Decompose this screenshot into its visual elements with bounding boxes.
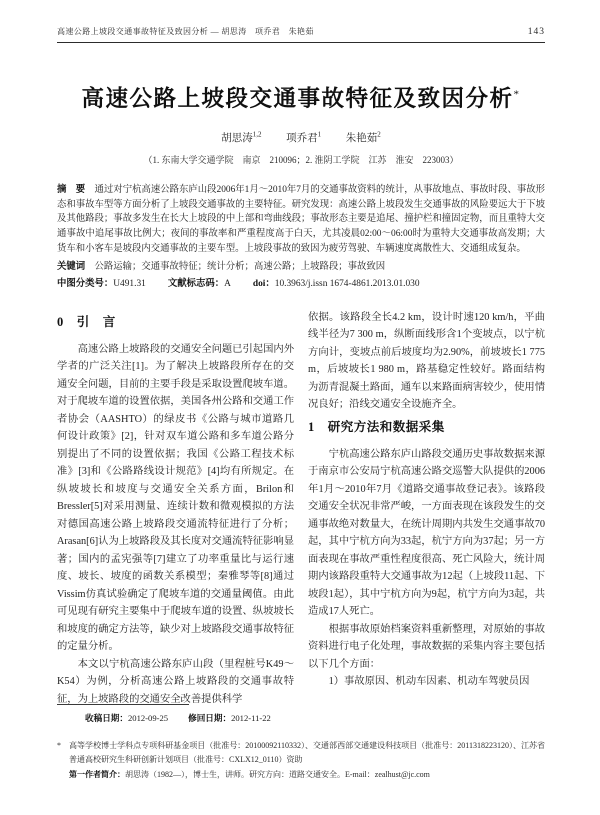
running-title: 高速公路上坡段交通事故特征及致因分析 — 胡思涛 项乔君 朱艳茹 — [57, 26, 314, 37]
body-paragraph: 本文以宁杭高速公路东庐山段（里程桩号K49～K54）为例，分析高速公路上坡路段的… — [57, 656, 294, 709]
doi-value: 10.3963/j.issn 1674-4861.2013.01.030 — [275, 279, 420, 289]
section-heading-0: 0 引 言 — [57, 312, 294, 332]
revised-date-value: 2012-11-22 — [231, 713, 271, 723]
classification-line: 中图分类号：U491.31文献标志码：Adoi：10.3963/j.issn 1… — [57, 277, 545, 292]
first-author-bio: 第一作者简介：胡思涛（1982—），博士生，讲师。研究方向：道路交通安全。E-m… — [69, 768, 545, 782]
received-date-value: 2012-09-25 — [128, 713, 168, 723]
right-column: 依据。该路段全长4.2 km，设计时速120 km/h，平曲线半径为7 300 … — [308, 309, 545, 733]
keywords-label: 关键词 — [57, 262, 85, 272]
author-affil-sup: 1 — [318, 131, 322, 139]
abstract-label: 摘 要 — [57, 185, 85, 195]
paper-title: 高速公路上坡段交通事故特征及致因分析* — [57, 81, 545, 113]
bio-label: 第一作者简介： — [69, 770, 125, 779]
page-number: 143 — [528, 27, 545, 37]
author-affil-sup: 1,2 — [253, 131, 262, 139]
title-footnote-mark: * — [514, 89, 521, 101]
clc-label: 中图分类号： — [57, 279, 113, 289]
body-paragraph: 根据事故原始档案资料重新整理，对原始的事故资料进行电子化处理，事故数据的采集内容… — [308, 621, 545, 674]
author-name: 朱艳茹 — [346, 133, 378, 144]
funding-mark: * — [57, 741, 61, 750]
keywords-text: 公路运输；交通事故特征；统计分析；高速公路；上坡路段；事故致因 — [95, 262, 386, 272]
footnote-block: 收稿日期：2012-09-25修回日期：2012-11-22 * 高等学校博士学… — [57, 704, 545, 782]
keywords-line: 关键词 公路运输；交通事故特征；统计分析；高速公路；上坡路段；事故致因 — [57, 260, 545, 275]
left-column: 0 引 言 高速公路上坡路段的交通安全问题已引起国内外学者的广泛关注[1]。为了… — [57, 309, 294, 733]
author-name: 项乔君 — [286, 133, 318, 144]
author-affil-sup: 2 — [377, 131, 381, 139]
author: 项乔君1 — [286, 133, 321, 144]
doi-label: doi： — [253, 279, 275, 289]
body-list-item: 1）事故原因、机动车因素、机动车驾驶员因 — [308, 673, 545, 691]
author: 朱艳茹2 — [346, 133, 381, 144]
affiliation-line: （1. 东南大学交通学院 南京 210096；2. 淮阴工学院 江苏 淮安 22… — [57, 153, 545, 166]
funding-note: * 高等学校博士学科点专项科研基金项目（批准号：20100092110332）、… — [57, 739, 545, 766]
received-date-label: 收稿日期： — [85, 713, 128, 723]
author-line: 胡思涛1,2 项乔君1 朱艳茹2 — [57, 130, 545, 145]
bio-text: 胡思涛（1982—），博士生，讲师。研究方向：道路交通安全。E-mail：zea… — [125, 770, 430, 779]
author-name: 胡思涛 — [221, 133, 253, 144]
paper-page: 高速公路上坡段交通事故特征及致因分析 — 胡思涛 项乔君 朱艳茹 143 高速公… — [0, 0, 600, 815]
body-paragraph: 高速公路上坡路段的交通安全问题已引起国内外学者的广泛关注[1]。为了解决上坡路段… — [57, 341, 294, 656]
body-paragraph-continuation: 依据。该路段全长4.2 km，设计时速120 km/h，平曲线半径为7 300 … — [308, 309, 545, 414]
running-header: 高速公路上坡段交通事故特征及致因分析 — 胡思涛 项乔君 朱艳茹 143 — [57, 26, 545, 43]
body-columns: 0 引 言 高速公路上坡路段的交通安全问题已引起国内外学者的广泛关注[1]。为了… — [57, 309, 545, 733]
doc-code-label: 文献标志码： — [168, 279, 224, 289]
clc-value: U491.31 — [113, 279, 146, 289]
abstract-text: 通过对宁杭高速公路东庐山段2006年1月～2010年7月的交通事故资料的统计，从… — [57, 185, 545, 254]
doc-code-value: A — [224, 279, 231, 289]
revised-date-label: 修回日期： — [188, 713, 231, 723]
body-paragraph: 宁杭高速公路东庐山路段交通历史事故数据来源于南京市公安局宁杭高速公路交巡警大队提… — [308, 446, 545, 621]
abstract-block: 摘 要 通过对宁杭高速公路东庐山段2006年1月～2010年7月的交通事故资料的… — [57, 183, 545, 257]
dates-line: 收稿日期：2012-09-25修回日期：2012-11-22 — [85, 712, 545, 724]
paper-title-text: 高速公路上坡段交通事故特征及致因分析 — [81, 86, 513, 111]
footnote-rule — [57, 704, 189, 705]
author: 胡思涛1,2 — [221, 133, 261, 144]
funding-text: 高等学校博士学科点专项科研基金项目（批准号：20100092110332）、交通… — [69, 741, 545, 764]
section-heading-1: 1 研究方法和数据采集 — [308, 417, 545, 437]
